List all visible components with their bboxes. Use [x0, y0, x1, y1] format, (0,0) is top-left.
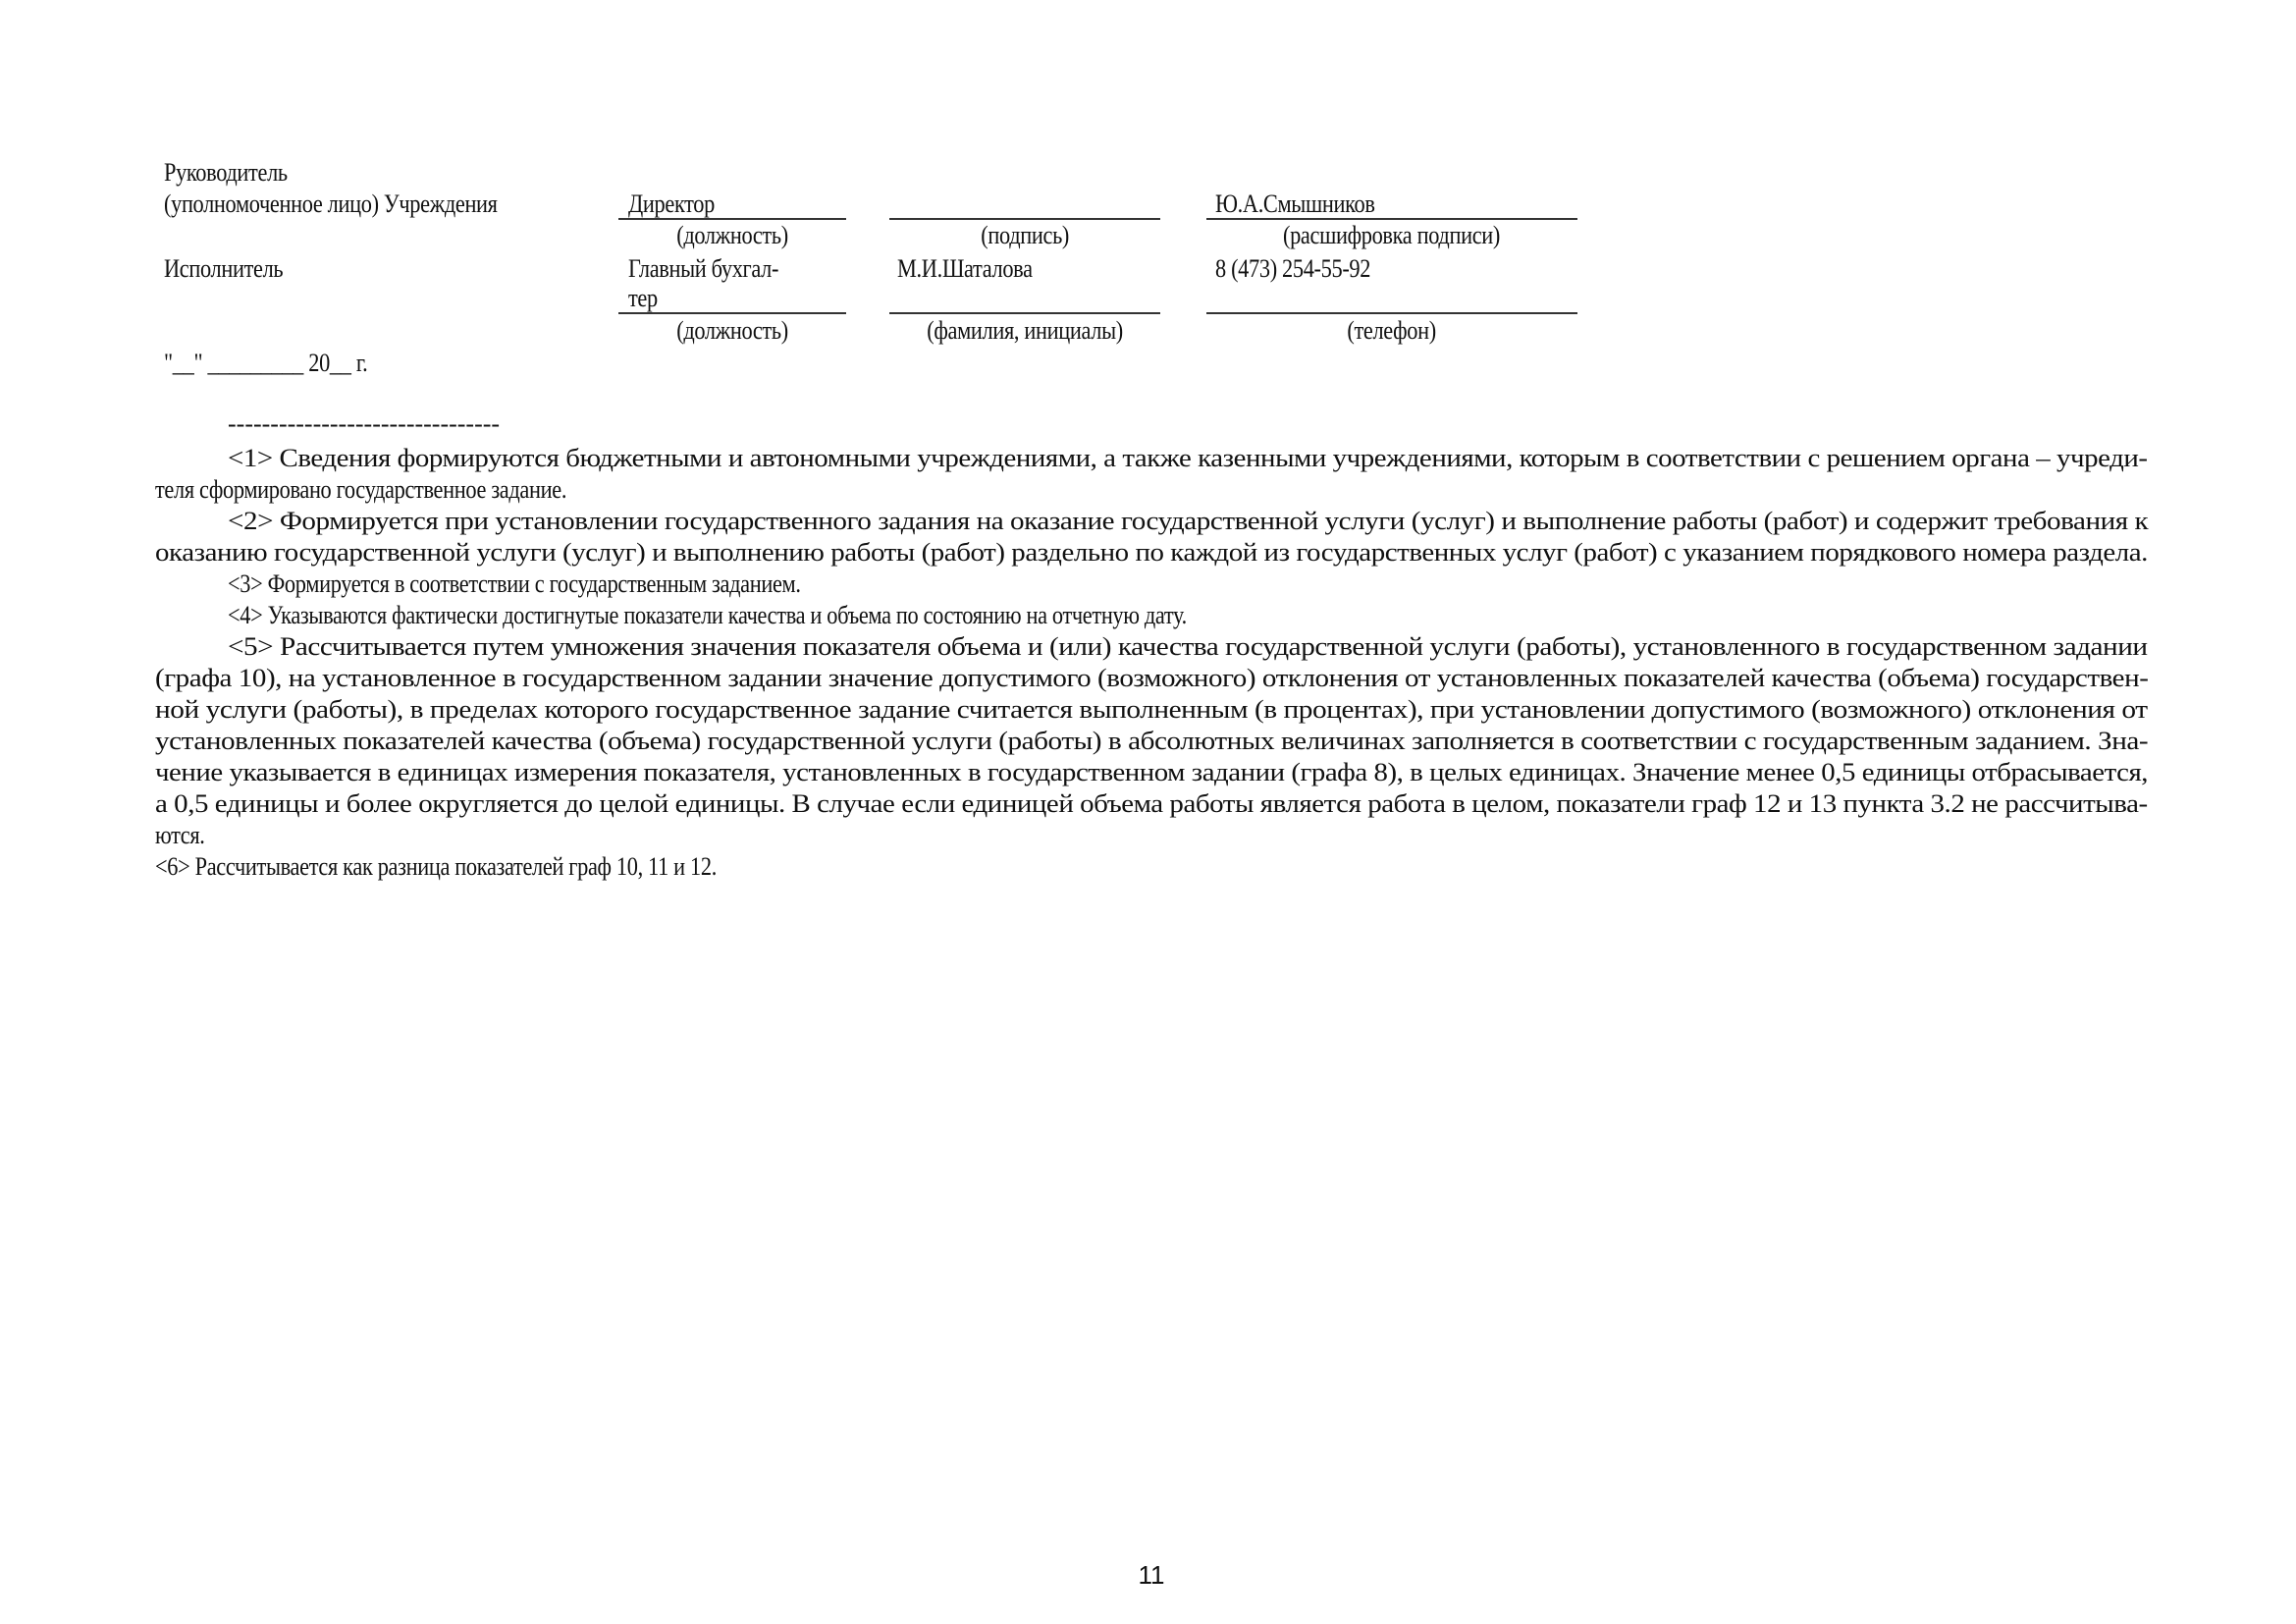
footnote-line: <4> Указываются фактически достигнутые п… [155, 600, 2148, 631]
footnote-line: установленных показателей качества (объе… [155, 726, 2148, 757]
head-signature-caption: (подпись) [889, 220, 1160, 251]
executor-label: Исполнитель [164, 253, 283, 285]
footnote-line: ются. [155, 820, 2148, 851]
head-label-line2: (уполномоченное лицо) Учреждения [164, 189, 498, 220]
head-name-caption: (расшифровка подписи) [1206, 220, 1577, 251]
executor-phone-rule [1206, 312, 1577, 314]
head-position-value: Директор [628, 189, 715, 220]
executor-name-value: М.И.Шаталова [897, 253, 1033, 285]
executor-position-line2: тер [628, 283, 658, 314]
footnote-separator: -------------------------------- [228, 408, 500, 440]
footnote-line: теля сформировано государственное задани… [155, 474, 2148, 506]
footnote-line: <1> Сведения формируются бюджетными и ав… [155, 443, 2148, 474]
head-label-line1: Руководитель [164, 157, 288, 189]
executor-position-line1: Главный бухгал- [628, 253, 778, 285]
head-position-caption: (должность) [618, 220, 846, 251]
footnote-line: <5> Рассчитывается путем умножения значе… [155, 631, 2148, 663]
footnote-line: ной услуги (работы), в пределах которого… [155, 694, 2148, 726]
page-number: 11 [1119, 1559, 1184, 1591]
footnote-line: а 0,5 единицы и более округляется до цел… [155, 788, 2148, 820]
footnote-line: <3> Формируется в соответствии с государ… [155, 568, 2148, 600]
footnote-line: <2> Формируется при установлении государ… [155, 506, 2148, 537]
executor-name-caption: (фамилия, инициалы) [889, 315, 1160, 347]
executor-phone-value: 8 (473) 254-55-92 [1215, 253, 1370, 285]
head-name-value: Ю.А.Смышников [1215, 189, 1375, 220]
executor-phone-caption: (телефон) [1206, 315, 1577, 347]
footnote-line: <6> Рассчитывается как разница показател… [155, 851, 2148, 883]
executor-position-caption: (должность) [618, 315, 846, 347]
executor-name-rule [889, 312, 1160, 314]
footnote-line: (графа 10), на установленное в государст… [155, 663, 2148, 694]
executor-position-rule [618, 312, 846, 314]
footnote-line: чение указывается в единицах измерения п… [155, 757, 2148, 788]
footnote-line: оказанию государственной услуги (услуг) … [155, 537, 2148, 568]
date-line: "__" _________ 20__ г. [164, 348, 367, 379]
